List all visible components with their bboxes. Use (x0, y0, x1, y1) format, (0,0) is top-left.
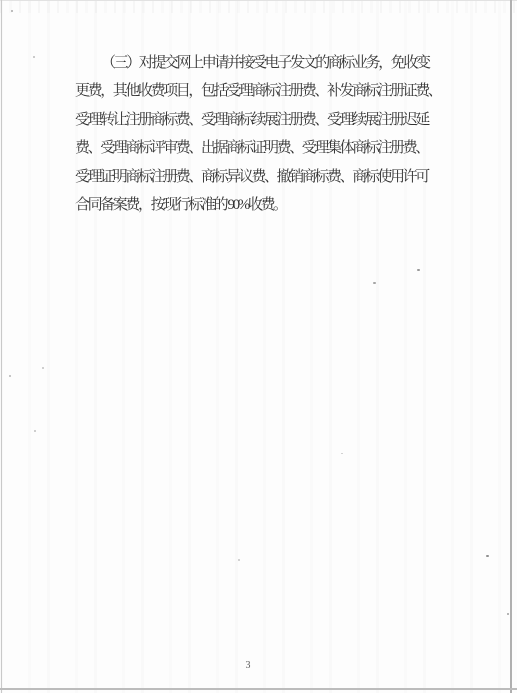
scan-speck (9, 375, 11, 377)
page-edge-bottom (0, 688, 517, 690)
paragraph-line: 更费，其他收费项目，包括受理商标注册费、补发商标注册证费、 (75, 77, 440, 105)
scan-speck (238, 559, 240, 561)
paragraph-line: 合同备案费，按现行标准的 90%收费。 (75, 191, 440, 219)
scan-top-streaks-artifact (0, 0, 517, 13)
body-paragraph: （三）对提交网上申请并接受电子发文的商标业务，免收变 更费，其他收费项目，包括受… (75, 49, 440, 219)
page-edge-right (510, 0, 512, 693)
paragraph-line: 受理证明商标注册费、商标异议费、撤销商标费、商标使用许可 (75, 163, 440, 191)
scan-speck (373, 282, 376, 284)
paragraph-line: 费、受理商标评审费、出据商标证明费、受理集体商标注册费、 (75, 134, 440, 162)
paragraph-line: 受理转让注册商标费、受理商标续展注册费、受理续展注册迟延 (75, 106, 440, 134)
scan-speck (507, 613, 509, 615)
page-edge-top (0, 0, 517, 1)
scan-speck (417, 269, 420, 271)
scan-speck (341, 453, 343, 454)
scan-speck (11, 10, 13, 12)
scan-speck (33, 56, 35, 58)
page-number: 3 (238, 660, 258, 671)
scan-speck (42, 367, 44, 369)
scanned-document-page: （三）对提交网上申请并接受电子发文的商标业务，免收变 更费，其他收费项目，包括受… (0, 0, 517, 693)
paragraph-line: （三）对提交网上申请并接受电子发文的商标业务，免收变 (75, 49, 440, 77)
scan-speck (486, 555, 489, 557)
scan-speck (34, 430, 36, 432)
page-edge-left (1, 0, 2, 693)
